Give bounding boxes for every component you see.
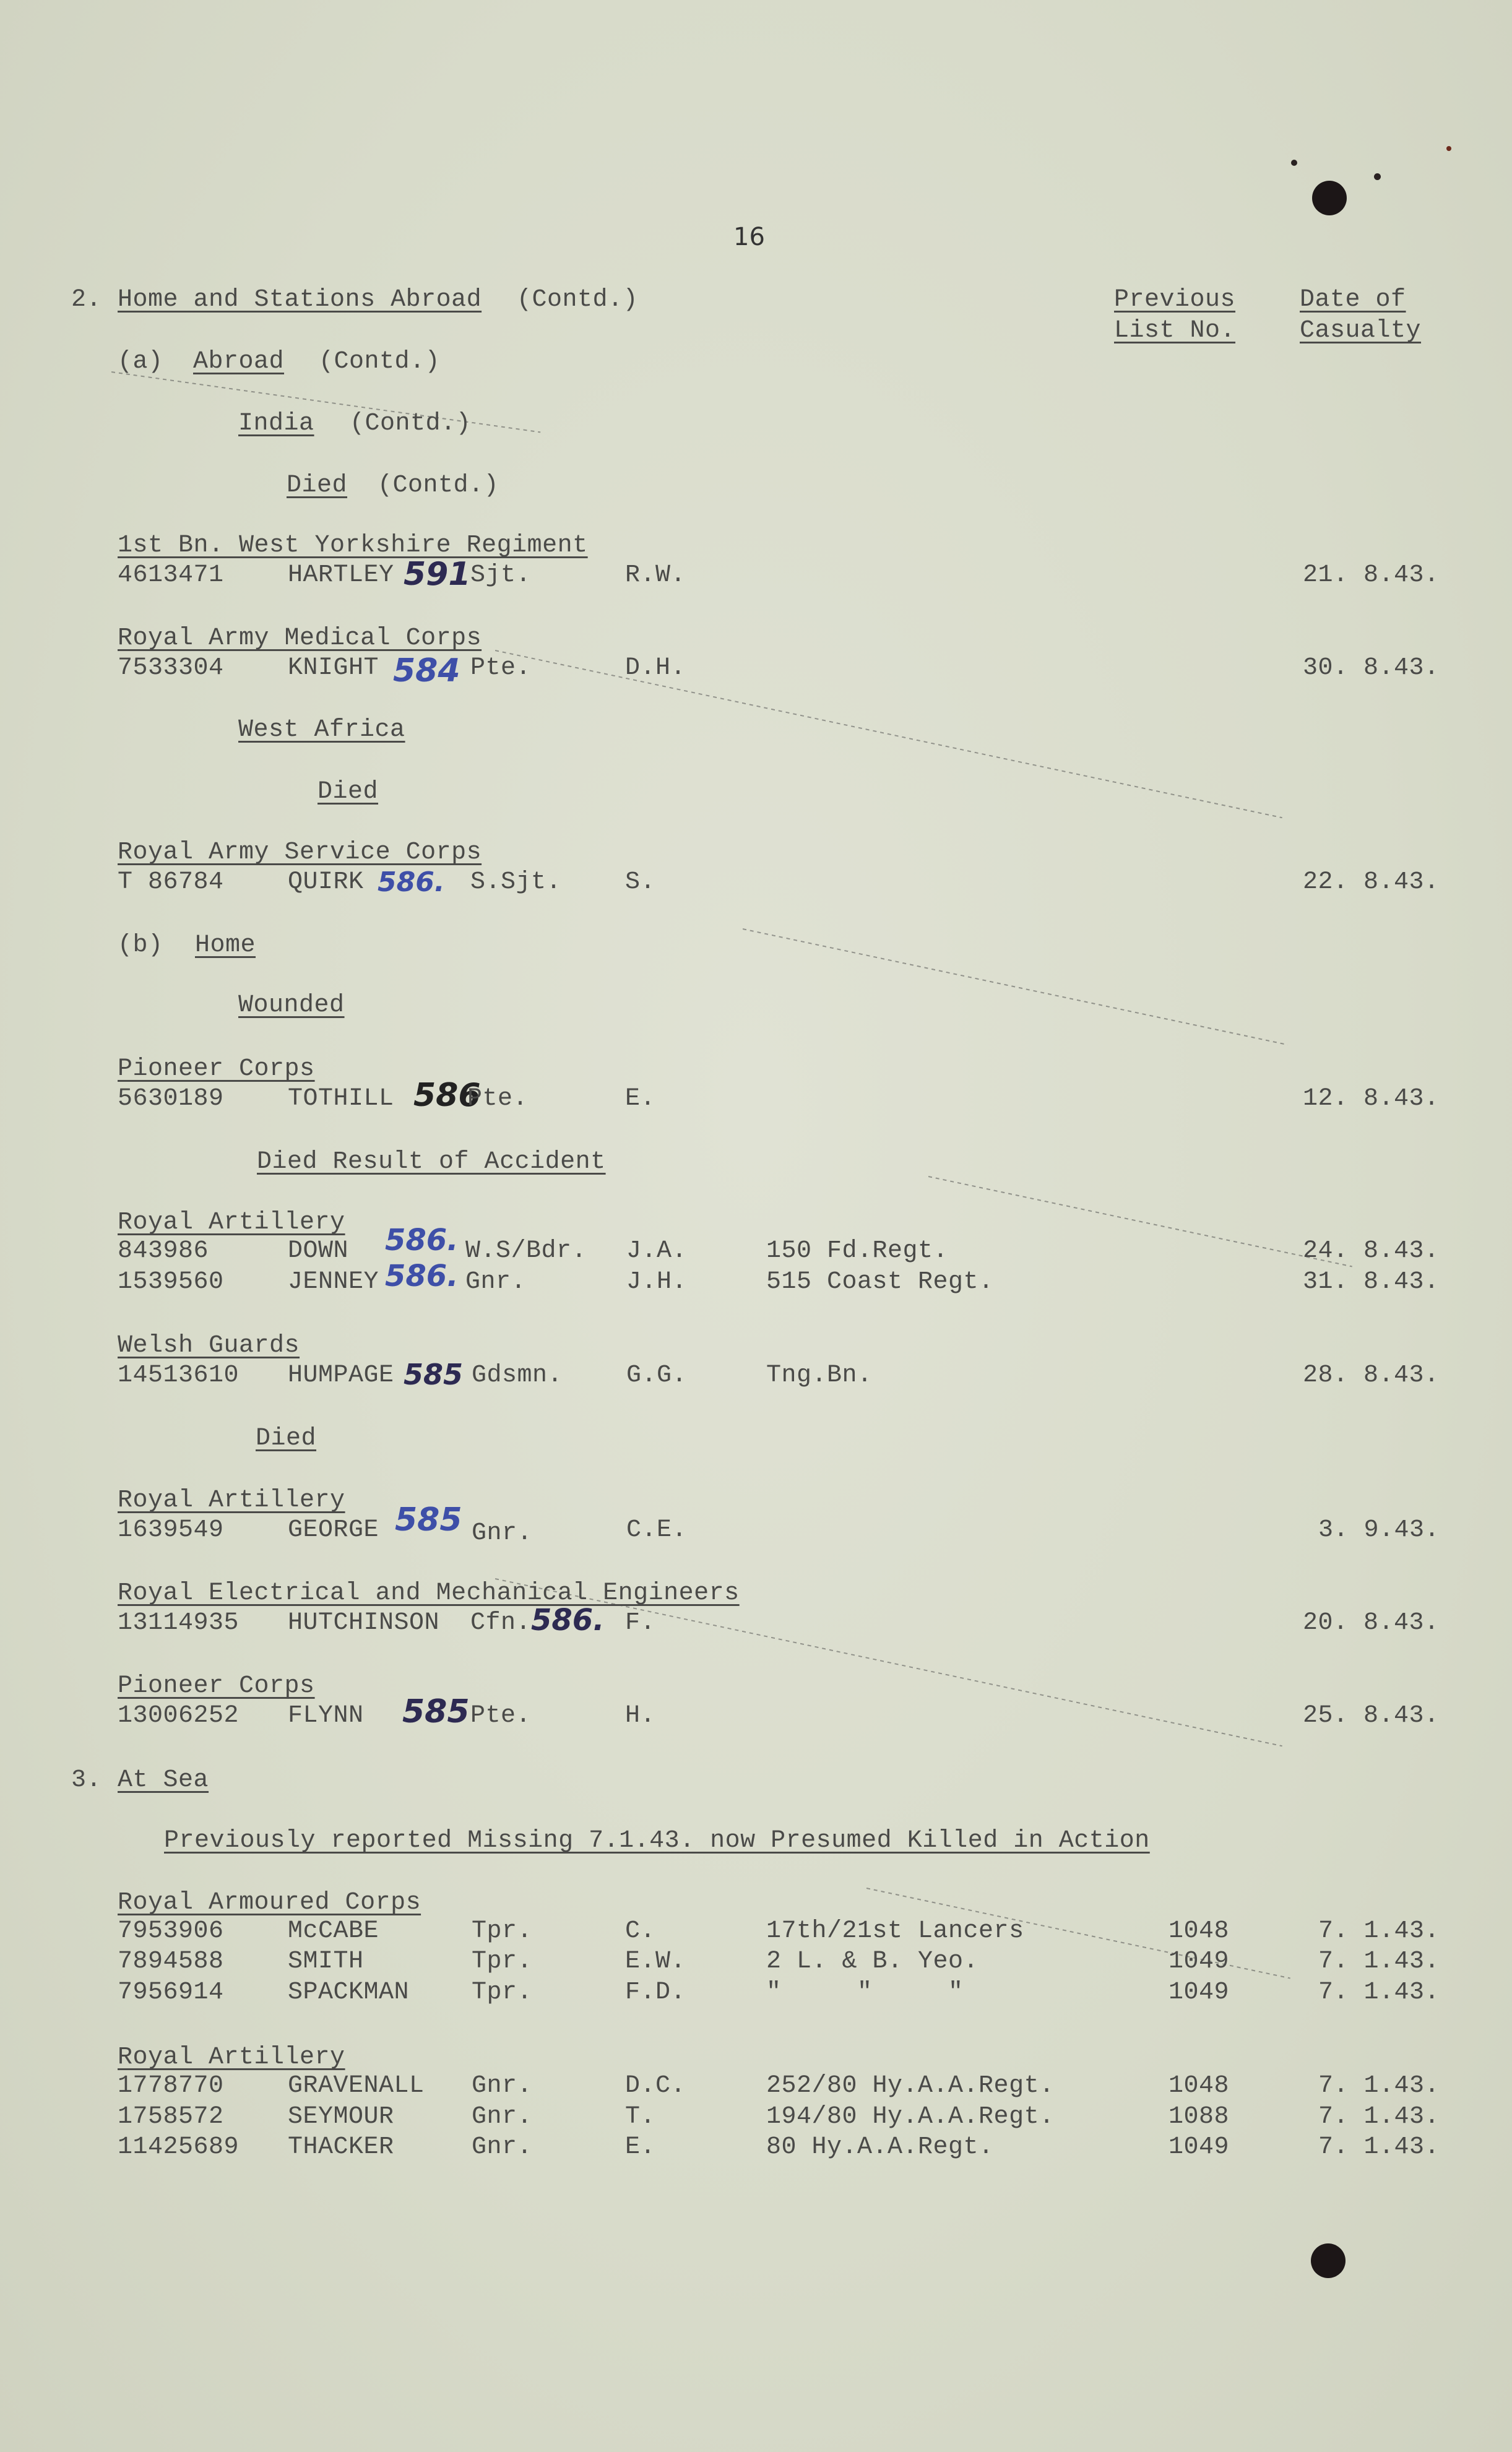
surname: QUIRK bbox=[288, 870, 364, 895]
previous-list-no: 1049 bbox=[1169, 1949, 1229, 1974]
header-date-of: Date of bbox=[1300, 288, 1406, 313]
surname: HARTLEY bbox=[288, 563, 394, 588]
surname: SMITH bbox=[288, 1949, 364, 1974]
handwritten-annotation: 591 bbox=[404, 558, 471, 590]
unit: 2 L. & B. Yeo. bbox=[766, 1949, 978, 1974]
subsection-label: (b) bbox=[118, 933, 163, 958]
unit-heading: Royal Electrical and Mechanical Engineer… bbox=[118, 1581, 740, 1606]
unit: Tng.Bn. bbox=[766, 1363, 873, 1388]
casualty-date: 7. 1.43. bbox=[1318, 2074, 1440, 2099]
unit: 80 Hy.A.A.Regt. bbox=[766, 2135, 994, 2160]
unit-heading: Royal Armoured Corps bbox=[118, 1891, 421, 1915]
initials: C.E. bbox=[626, 1518, 687, 1543]
unit: 515 Coast Regt. bbox=[766, 1270, 994, 1295]
unit-heading: Pioneer Corps bbox=[118, 1674, 315, 1699]
section-title: Home and Stations Abroad bbox=[118, 288, 482, 313]
category-title: Died bbox=[287, 473, 347, 498]
casualty-date: 7. 1.43. bbox=[1318, 1980, 1440, 2005]
previous-list-no: 1049 bbox=[1169, 1980, 1229, 2005]
handwritten-annotation: 584 bbox=[393, 655, 460, 687]
initials: E. bbox=[625, 1087, 655, 1112]
stamp-offset-line bbox=[743, 928, 1288, 1045]
category-suffix: (Contd.) bbox=[378, 473, 499, 498]
rank: Tpr. bbox=[472, 1919, 532, 1944]
initials: D.C. bbox=[625, 2074, 686, 2099]
surname: GRAVENALL bbox=[288, 2074, 425, 2099]
casualty-date: 21. 8.43. bbox=[1303, 563, 1440, 588]
category-title: Died bbox=[318, 780, 378, 805]
surname: GEORGE bbox=[288, 1518, 379, 1543]
rank: Gnr. bbox=[472, 1521, 532, 1546]
rank: Pte. bbox=[467, 1087, 528, 1112]
surname: THACKER bbox=[288, 2135, 394, 2160]
unit: 194/80 Hy.A.A.Regt. bbox=[766, 2105, 1055, 2130]
handwritten-annotation: 586. bbox=[378, 869, 445, 896]
unit-heading: 1st Bn. West Yorkshire Regiment bbox=[118, 533, 588, 558]
casualty-date: 7. 1.43. bbox=[1318, 2135, 1440, 2160]
handwritten-annotation: 585 bbox=[402, 1696, 470, 1728]
surname: SPACKMAN bbox=[288, 1980, 409, 2005]
surname: KNIGHT bbox=[288, 656, 379, 681]
handwritten-annotation: 585 bbox=[395, 1504, 462, 1536]
initials: F.D. bbox=[625, 1980, 686, 2005]
casualty-date: 7. 1.43. bbox=[1318, 2105, 1440, 2130]
surname: TOTHILL bbox=[288, 1087, 394, 1112]
page-number: 16 bbox=[733, 223, 765, 251]
category-title: Died Result of Accident bbox=[257, 1150, 606, 1175]
section-number: 3. bbox=[71, 1768, 102, 1793]
rank: W.S/Bdr. bbox=[465, 1239, 587, 1264]
handwritten-annotation: 586. bbox=[385, 1261, 458, 1291]
casualty-date: 25. 8.43. bbox=[1303, 1704, 1440, 1729]
service-number: 11425689 bbox=[118, 2135, 239, 2160]
casualty-date: 31. 8.43. bbox=[1303, 1270, 1440, 1295]
unit: 17th/21st Lancers bbox=[766, 1919, 1024, 1944]
service-number: 7956914 bbox=[118, 1980, 224, 2005]
service-number: 14513610 bbox=[118, 1363, 239, 1388]
casualty-date: 7. 1.43. bbox=[1318, 1949, 1440, 1974]
initials: E.W. bbox=[625, 1949, 686, 1974]
handwritten-annotation: 585 bbox=[404, 1360, 463, 1389]
surname: HUTCHINSON bbox=[288, 1611, 439, 1636]
subsection-label: (a) bbox=[118, 350, 163, 374]
rank: Gnr. bbox=[472, 2135, 532, 2160]
rank: Pte. bbox=[470, 1704, 531, 1729]
initials: R.W. bbox=[625, 563, 686, 588]
casualty-date: 7. 1.43. bbox=[1318, 1919, 1440, 1944]
handwritten-annotation: 586. bbox=[385, 1225, 458, 1255]
initials: J.A. bbox=[626, 1239, 687, 1264]
service-number: T 86784 bbox=[118, 870, 224, 895]
rank: Tpr. bbox=[472, 1949, 532, 1974]
casualty-date: 30. 8.43. bbox=[1303, 656, 1440, 681]
previous-list-no: 1048 bbox=[1169, 2074, 1229, 2099]
section-suffix: (Contd.) bbox=[517, 288, 638, 313]
rank: Gnr. bbox=[472, 2074, 532, 2099]
rank: S.Sjt. bbox=[470, 870, 561, 895]
casualty-date: 3. 9.43. bbox=[1318, 1518, 1440, 1543]
surname: JENNEY bbox=[288, 1270, 379, 1295]
service-number: 1639549 bbox=[118, 1518, 224, 1543]
initials: H. bbox=[625, 1704, 655, 1729]
unit-heading: Royal Artillery bbox=[118, 1488, 345, 1513]
casualty-date: 20. 8.43. bbox=[1303, 1611, 1440, 1636]
stamp-offset-line bbox=[928, 1176, 1352, 1267]
subsection-title: Abroad bbox=[193, 350, 284, 374]
surname: FLYNN bbox=[288, 1704, 364, 1729]
handwritten-annotation: 586. bbox=[531, 1605, 604, 1635]
category-title: Previously reported Missing 7.1.43. now … bbox=[164, 1829, 1150, 1854]
initials: G.G. bbox=[626, 1363, 687, 1388]
subsection-title: Home bbox=[195, 933, 256, 958]
initials: T. bbox=[625, 2105, 655, 2130]
category-title: Wounded bbox=[238, 993, 345, 1018]
unit-heading: Royal Army Medical Corps bbox=[118, 626, 482, 651]
service-number: 4613471 bbox=[118, 563, 224, 588]
rank: Cfn. bbox=[470, 1611, 531, 1636]
previous-list-no: 1049 bbox=[1169, 2135, 1229, 2160]
service-number: 5630189 bbox=[118, 1087, 224, 1112]
rank: Tpr. bbox=[472, 1980, 532, 2005]
service-number: 1758572 bbox=[118, 2105, 224, 2130]
service-number: 7894588 bbox=[118, 1949, 224, 1974]
initials: J.H. bbox=[626, 1270, 687, 1295]
region-suffix: (Contd.) bbox=[350, 412, 471, 436]
region-title: West Africa bbox=[238, 718, 405, 743]
surname: HUMPAGE bbox=[288, 1363, 394, 1388]
previous-list-no: 1048 bbox=[1169, 1919, 1229, 1944]
rank: Pte. bbox=[470, 656, 531, 681]
initials: S. bbox=[625, 870, 655, 895]
region-title: India bbox=[238, 412, 314, 436]
category-title: Died bbox=[256, 1427, 316, 1451]
unit-heading: Pioneer Corps bbox=[118, 1057, 315, 1082]
casualty-date: 22. 8.43. bbox=[1303, 870, 1440, 895]
punch-hole-bottom bbox=[1311, 2243, 1346, 2278]
header-casualty: Casualty bbox=[1300, 319, 1421, 343]
unit: 252/80 Hy.A.A.Regt. bbox=[766, 2074, 1055, 2099]
casualty-date: 12. 8.43. bbox=[1303, 1087, 1440, 1112]
casualty-date: 28. 8.43. bbox=[1303, 1363, 1440, 1388]
service-number: 7953906 bbox=[118, 1919, 224, 1944]
unit-heading: Royal Artillery bbox=[118, 2045, 345, 2070]
unit-heading: Royal Army Service Corps bbox=[118, 840, 482, 865]
subsection-suffix: (Contd.) bbox=[319, 350, 440, 374]
stamp-offset-line bbox=[495, 650, 1282, 818]
service-number: 843986 bbox=[118, 1239, 209, 1264]
initials: F. bbox=[625, 1611, 655, 1636]
surname: SEYMOUR bbox=[288, 2105, 394, 2130]
header-list-no: List No. bbox=[1114, 319, 1235, 343]
ink-speck bbox=[1374, 173, 1381, 180]
previous-list-no: 1088 bbox=[1169, 2105, 1229, 2130]
surname: McCABE bbox=[288, 1919, 379, 1944]
rank: Sjt. bbox=[470, 563, 531, 588]
unit-heading: Welsh Guards bbox=[118, 1334, 300, 1358]
unit: " " " bbox=[766, 1980, 964, 2005]
unit: 150 Fd.Regt. bbox=[766, 1239, 948, 1264]
document-page: 16 2. Home and Stations Abroad (Contd.) … bbox=[0, 0, 1512, 2452]
header-previous: Previous bbox=[1114, 288, 1235, 313]
initials: D.H. bbox=[625, 656, 686, 681]
initials: C. bbox=[625, 1919, 655, 1944]
section-number: 2. bbox=[71, 288, 102, 313]
ink-speck bbox=[1291, 160, 1297, 166]
rank: Gnr. bbox=[465, 1270, 526, 1295]
surname: DOWN bbox=[288, 1239, 348, 1264]
rank: Gdsmn. bbox=[472, 1363, 563, 1388]
service-number: 1778770 bbox=[118, 2074, 224, 2099]
ink-speck bbox=[1446, 146, 1451, 151]
punch-hole-top bbox=[1312, 181, 1347, 215]
service-number: 13006252 bbox=[118, 1704, 239, 1729]
casualty-date: 24. 8.43. bbox=[1303, 1239, 1440, 1264]
service-number: 13114935 bbox=[118, 1611, 239, 1636]
rank: Gnr. bbox=[472, 2105, 532, 2130]
initials: E. bbox=[625, 2135, 655, 2160]
service-number: 7533304 bbox=[118, 656, 224, 681]
stamp-offset-line bbox=[111, 371, 540, 433]
service-number: 1539560 bbox=[118, 1270, 224, 1295]
section-title: At Sea bbox=[118, 1768, 209, 1793]
unit-heading: Royal Artillery bbox=[118, 1211, 345, 1235]
